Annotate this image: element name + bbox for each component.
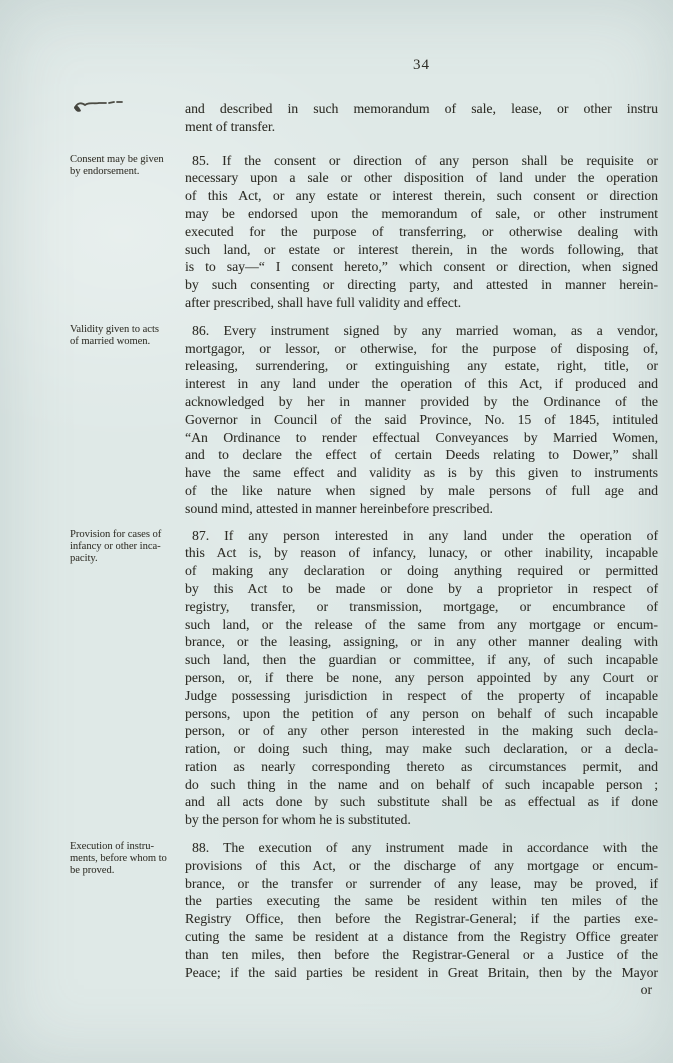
body-line: the parties executing the same be reside… <box>185 892 658 910</box>
body-line: persons, upon the petition of any person… <box>185 705 658 723</box>
note-line: pacity. <box>70 553 177 565</box>
text-column: 87. If any person interested in any land… <box>185 527 658 840</box>
note-line: Validity given to acts <box>70 324 177 336</box>
text-column: 34 <box>185 56 658 74</box>
margin-column <box>70 56 185 58</box>
text-column: 88. The execution of any instrument made… <box>185 839 658 999</box>
note-line: Execution of instru- <box>70 841 177 853</box>
body-line: Governor in Council of the said Province… <box>185 411 658 429</box>
section-87-row: Provision for cases of infancy or other … <box>70 527 673 840</box>
continuation-paragraph: and described in such memorandum of sale… <box>185 100 658 136</box>
body-line: executed for the purpose of transferring… <box>185 223 658 241</box>
marginal-note-85: Consent may be given by endorsement. <box>70 152 185 178</box>
body-line: interest in any land under the operation… <box>185 375 658 393</box>
body-line: sound mind, attested in manner hereinbef… <box>185 500 658 518</box>
body-line: brance, or the transfer or surrender of … <box>185 875 658 893</box>
marginal-note-88: Execution of instru- ments, before whom … <box>70 839 185 877</box>
section-87-paragraph: 87. If any person interested in any land… <box>185 527 658 830</box>
page-number: 34 <box>185 56 658 74</box>
section-86-row: Validity given to acts of married women.… <box>70 322 673 527</box>
body-line: after prescribed, shall have full validi… <box>185 294 658 312</box>
note-line: ments, before whom to <box>70 853 177 865</box>
body-line: 85. If the consent or direction of any p… <box>185 152 658 170</box>
body-line: such land, or estate or interest therein… <box>185 241 658 259</box>
body-line: provisions of this Act, or the discharge… <box>185 857 658 875</box>
section-88-row: Execution of instru- ments, before whom … <box>70 839 673 999</box>
body-line: is to say—“ I consent hereto,” which con… <box>185 258 658 276</box>
body-line: by this Act to be made or done by a prop… <box>185 580 658 598</box>
body-line: person, or of any other person intereste… <box>185 722 658 740</box>
body-line: such land, then the guardian or committe… <box>185 651 658 669</box>
catchword: or <box>185 981 658 999</box>
body-line: and all acts done by such substitute sha… <box>185 793 658 811</box>
body-line: person, or, if there be none, any person… <box>185 669 658 687</box>
body-line: ration as nearly corresponding thereto a… <box>185 758 658 776</box>
body-line: such land, or the release of the same fr… <box>185 616 658 634</box>
note-line: Provision for cases of <box>70 529 177 541</box>
body-line: have the same effect and validity as is … <box>185 464 658 482</box>
section-85-paragraph: 85. If the consent or direction of any p… <box>185 152 658 312</box>
body-line: releasing, surrendering, or extinguishin… <box>185 357 658 375</box>
body-line: by the person for whom he is substituted… <box>185 811 658 829</box>
body-line: cuting the same be resident at a distanc… <box>185 928 658 946</box>
body-line: Judge possessing jurisdiction in respect… <box>185 687 658 705</box>
text-column: 85. If the consent or direction of any p… <box>185 152 658 322</box>
body-line: Registry Office, then before the Registr… <box>185 910 658 928</box>
body-line: and to declare the effect of certain Dee… <box>185 446 658 464</box>
body-line: “An Ordinance to render effectual Convey… <box>185 429 658 447</box>
body-line: brance, or the leasing, assigning, or in… <box>185 633 658 651</box>
body-line: this Act is, by reason of infancy, lunac… <box>185 544 658 562</box>
body-line: of this Act, or any estate or interest t… <box>185 187 658 205</box>
body-line: may be endorsed upon the memorandum of s… <box>185 205 658 223</box>
body-line: do such thing in the name and on behalf … <box>185 776 658 794</box>
text-column: 86. Every instrument signed by any marri… <box>185 322 658 527</box>
body-line: by such consenting or directing party, a… <box>185 276 658 294</box>
note-line: by endorsement. <box>70 166 177 178</box>
section-88-paragraph: 88. The execution of any instrument made… <box>185 839 658 981</box>
marginal-note-87: Provision for cases of infancy or other … <box>70 527 185 565</box>
continuation-row: and described in such memorandum of sale… <box>70 100 673 152</box>
note-line: infancy or other inca- <box>70 541 177 553</box>
body-line: 87. If any person interested in any land… <box>185 527 658 545</box>
body-line: and described in such memorandum of sale… <box>185 100 658 118</box>
body-line: ment of transfer. <box>185 118 658 136</box>
body-line: acknowledged by her in manner provided b… <box>185 393 658 411</box>
body-line: of the like nature when signed by male p… <box>185 482 658 500</box>
margin-column <box>70 100 185 120</box>
body-line: than ten miles, then before the Registra… <box>185 946 658 964</box>
body-line: mortgagor, or lessor, or otherwise, for … <box>185 340 658 358</box>
body-line: ration, or doing such thing, may make su… <box>185 740 658 758</box>
section-85-row: Consent may be given by endorsement. 85.… <box>70 152 673 322</box>
note-line: of married women. <box>70 336 177 348</box>
ink-smudge-mark <box>72 99 126 115</box>
body-line: Peace; if the said parties be resident i… <box>185 964 658 982</box>
page-header: 34 <box>70 56 673 74</box>
body-line: 86. Every instrument signed by any marri… <box>185 322 658 340</box>
body-line: of making any declaration or doing anyth… <box>185 562 658 580</box>
body-line: 88. The execution of any instrument made… <box>185 839 658 857</box>
document-page: 34 and described in such memorandum of s… <box>0 0 673 1063</box>
marginal-note-86: Validity given to acts of married women. <box>70 322 185 348</box>
section-86-paragraph: 86. Every instrument signed by any marri… <box>185 322 658 518</box>
body-line: registry, transfer, or transmission, mor… <box>185 598 658 616</box>
text-column: and described in such memorandum of sale… <box>185 100 658 152</box>
note-line: be proved. <box>70 865 177 877</box>
note-line: Consent may be given <box>70 154 177 166</box>
body-line: necessary upon a sale or other dispositi… <box>185 169 658 187</box>
